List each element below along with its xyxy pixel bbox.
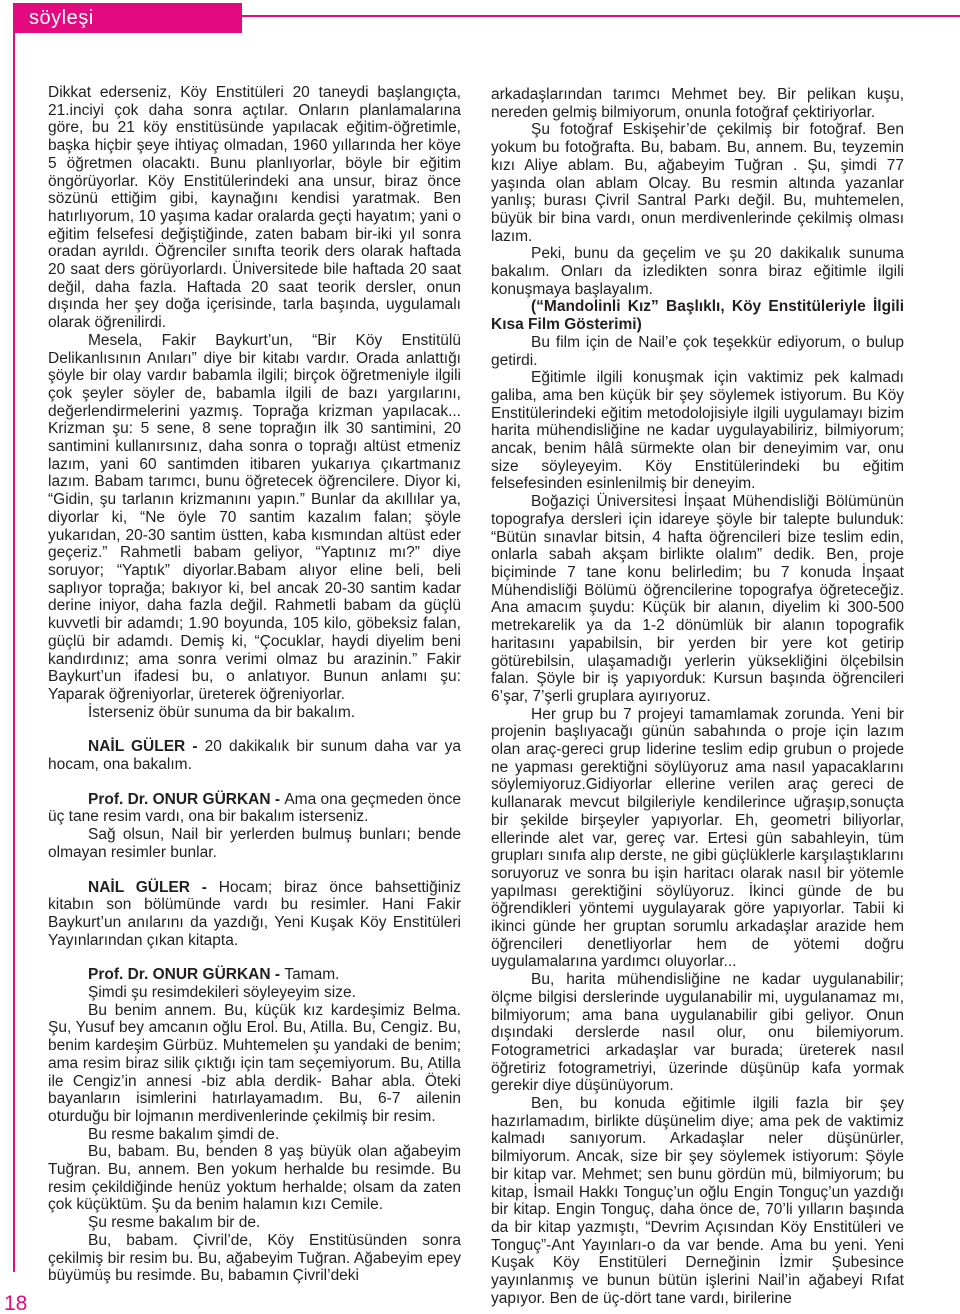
paragraph: Bu resme bakalım şimdi de.	[48, 1126, 461, 1144]
paragraph: Bu, harita mühendisliğine ne kadar uygul…	[491, 971, 904, 1095]
paragraph: Dikkat ederseniz, Köy Enstitüleri 20 tan…	[48, 84, 461, 332]
speaker-name: NAİL GÜLER -	[88, 879, 219, 896]
dialogue-paragraph: NAİL GÜLER - Hocam; biraz önce bahsettiğ…	[48, 879, 461, 950]
paragraph: (“Mandolinli Kız” Başlıklı, Köy Enstitül…	[491, 298, 904, 333]
speaker-name: Prof. Dr. ONUR GÜRKAN -	[88, 791, 284, 808]
dialogue-paragraph: Prof. Dr. ONUR GÜRKAN - Tamam.	[48, 966, 461, 984]
paragraph: Boğaziçi Üniversitesi İnşaat Mühendisliğ…	[491, 493, 904, 705]
paragraph: Eğitimle ilgili konuşmak için vaktimiz p…	[491, 369, 904, 493]
paragraph: Bu, babam. Çivril’de, Köy Enstitüsünden …	[48, 1232, 461, 1285]
paragraph: Ben, bu konuda eğitimle ilgili fazla bir…	[491, 1095, 904, 1307]
paragraph: Peki, bunu da geçelim ve şu 20 dakikalık…	[491, 245, 904, 298]
paragraph: Bu film için de Nail’e çok teşekkür ediy…	[491, 334, 904, 369]
paragraph: Her grup bu 7 projeyi tamamlamak zorunda…	[491, 706, 904, 972]
paragraph: Mesela, Fakir Baykurt’un, “Bir Köy Ensti…	[48, 332, 461, 704]
paragraph: Şu fotoğraf Eskişehir’de çekilmiş bir fo…	[491, 121, 904, 245]
paragraph: Bu benim annem. Bu, küçük kız kardeşimiz…	[48, 1002, 461, 1126]
paragraph: Şimdi şu resimdekileri söyleyeyim size.	[48, 984, 461, 1002]
paragraph: İsterseniz öbür sunuma da bir bakalım.	[48, 704, 461, 722]
paragraph: Sağ olsun, Nail bir yerlerden bulmuş bun…	[48, 826, 461, 861]
document-page: söyleşi Dikkat ederseniz, Köy Enstitüler…	[0, 0, 960, 1314]
speaker-name: Prof. Dr. ONUR GÜRKAN -	[88, 966, 284, 983]
page-number: 18	[4, 1292, 27, 1314]
paragraph: arkadaşlarından tarımcı Mehmet bey. Bir …	[491, 86, 904, 121]
left-column: Dikkat ederseniz, Köy Enstitüleri 20 tan…	[48, 84, 461, 1285]
dialogue-paragraph: NAİL GÜLER - 20 dakikalık bir sunum daha…	[48, 738, 461, 773]
header-rule	[242, 15, 960, 17]
section-title: söyleşi	[29, 7, 94, 30]
left-margin-rule	[13, 33, 15, 1272]
paragraph: Şu resme bakalım bir de.	[48, 1214, 461, 1232]
section-title-box: söyleşi	[13, 3, 242, 33]
right-column: arkadaşlarından tarımcı Mehmet bey. Bir …	[491, 86, 904, 1308]
speaker-name: NAİL GÜLER -	[88, 738, 205, 755]
paragraph: Bu, babam. Bu, benden 8 yaş büyük olan a…	[48, 1143, 461, 1214]
dialogue-paragraph: Prof. Dr. ONUR GÜRKAN - Ama ona geçmeden…	[48, 791, 461, 826]
